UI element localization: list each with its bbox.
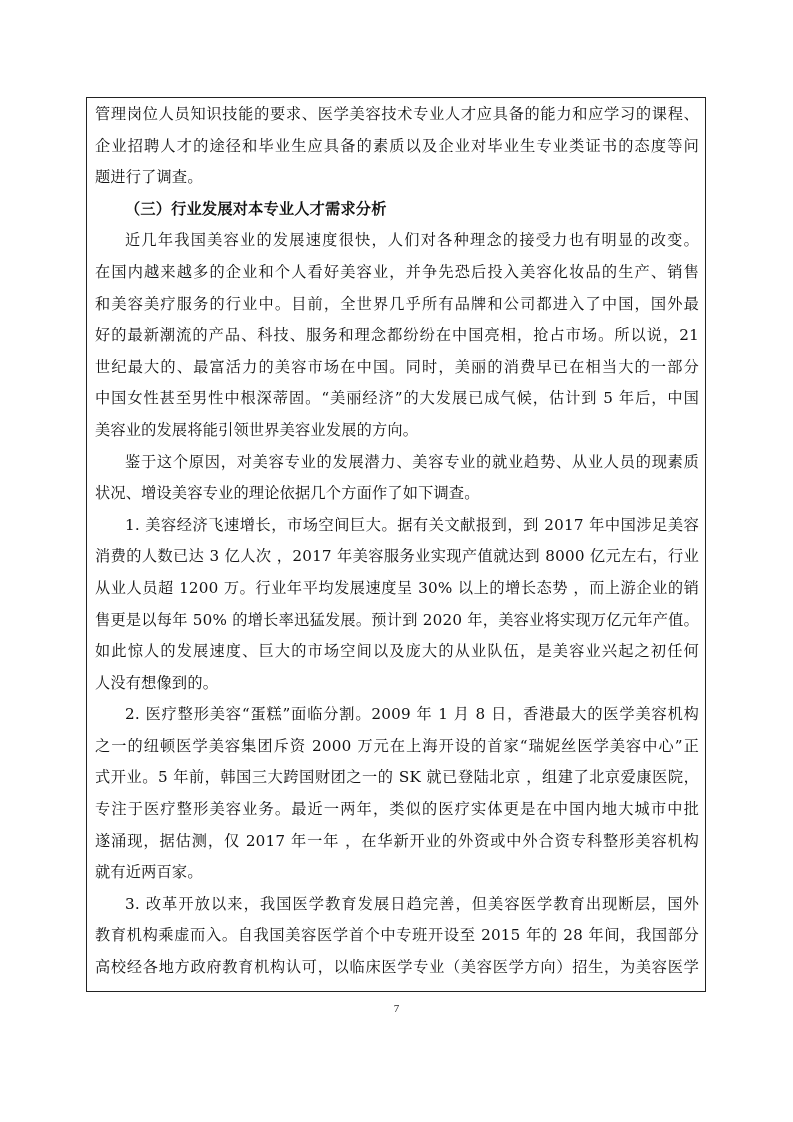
body-text-line: 专注于医疗整形美容业务。最近一两年，类似的医疗实体更是在中国内地大城市中批 [95, 794, 699, 826]
body-text-line: 如此惊人的发展速度、巨大的市场空间以及庞大的从业队伍，是美容业兴起之初任何 [95, 636, 699, 668]
body-text-line: 消费的人数已达 3 亿人次 ，2017 年美容服务业实现产值就达到 8000 亿… [95, 541, 699, 573]
body-text-line: 和美容美疗服务的行业中。目前，全世界几乎所有品牌和公司都进入了中国，国外最 [95, 289, 699, 321]
body-text-line: 企业招聘人才的途径和毕业生应具备的素质以及企业对毕业生专业类证书的态度等问 [95, 131, 699, 163]
body-text-line: 世纪最大的、最富活力的美容市场在中国。同时，美丽的消费早已在相当大的一部分 [95, 352, 699, 384]
body-text-line: 遂涌现，据估测，仅 2017 年一年 ，在华新开业的外资或中外合资专科整形美容机… [95, 826, 699, 858]
paragraph-last-line: 就有近两百家。 [95, 857, 699, 889]
body-text-line: 从业人员超 1200 万。行业年平均发展速度呈 30% 以上的增长态势 ，而上游… [95, 573, 699, 605]
body-text-line: 管理岗位人员知识技能的要求、医学美容技术专业人才应具备的能力和应学习的课程、 [95, 99, 699, 131]
paragraph-last-line: 状况、增设美容专业的理论依据几个方面作了如下调查。 [95, 478, 699, 510]
body-text-line: 中国女性甚至男性中根深蒂固。“美丽经济”的大发展已成气候，估计到 5 年后，中国 [95, 383, 699, 415]
document-body: 管理岗位人员知识技能的要求、医学美容技术专业人才应具备的能力和应学习的课程、企业… [95, 99, 699, 984]
paragraph-first-line: 2. 医疗整形美容“蛋糕”面临分割。2009 年 1 月 8 日，香港最大的医学… [95, 699, 699, 731]
document-page: 管理岗位人员知识技能的要求、医学美容技术专业人才应具备的能力和应学习的课程、企业… [0, 0, 793, 1122]
body-text-line: 好的最新潮流的产品、科技、服务和理念都纷纷在中国亮相，抢占市场。所以说，21 [95, 320, 699, 352]
body-text-line: 教育机构乘虚而入。自我国美容医学首个中专班开设至 2015 年的 28 年间，我… [95, 920, 699, 952]
paragraph-first-line: 鉴于这个原因，对美容专业的发展潜力、美容专业的就业趋势、从业人员的现素质 [95, 447, 699, 479]
page-number: 7 [0, 1003, 793, 1015]
paragraph-first-line: 近几年我国美容业的发展速度很快，人们对各种理念的接受力也有明显的改变。 [95, 225, 699, 257]
body-text-line: 之一的纽顿医学美容集团斥资 2000 万元在上海开设的首家“瑞妮丝医学美容中心”… [95, 731, 699, 763]
body-text-line: 在国内越来越多的企业和个人看好美容业，并争先恐后投入美容化妆品的生产、销售 [95, 257, 699, 289]
paragraph-last-line: 美容业的发展将能引领世界美容业发展的方向。 [95, 415, 699, 447]
paragraph-last-line: 题进行了调查。 [95, 162, 699, 194]
body-text-line: 售更是以每年 50% 的增长率迅猛发展。预计到 2020 年，美容业将实现万亿元… [95, 605, 699, 637]
body-text-line: 式开业。5 年前，韩国三大跨国财团之一的 SK 就已登陆北京 ，组建了北京爱康医… [95, 762, 699, 794]
paragraph-first-line: 1. 美容经济飞速增长，市场空间巨大。据有关文献报到，到 2017 年中国涉足美… [95, 510, 699, 542]
body-text-line: 高校经各地方政府教育机构认可，以临床医学专业（美容医学方向）招生，为美容医学 [95, 952, 699, 984]
paragraph-first-line: 3. 改革开放以来，我国医学教育发展日趋完善，但美容医学教育出现断层，国外 [95, 889, 699, 921]
paragraph-last-line: 人没有想像到的。 [95, 668, 699, 700]
section-heading: （三）行业发展对本专业人才需求分析 [95, 194, 699, 226]
